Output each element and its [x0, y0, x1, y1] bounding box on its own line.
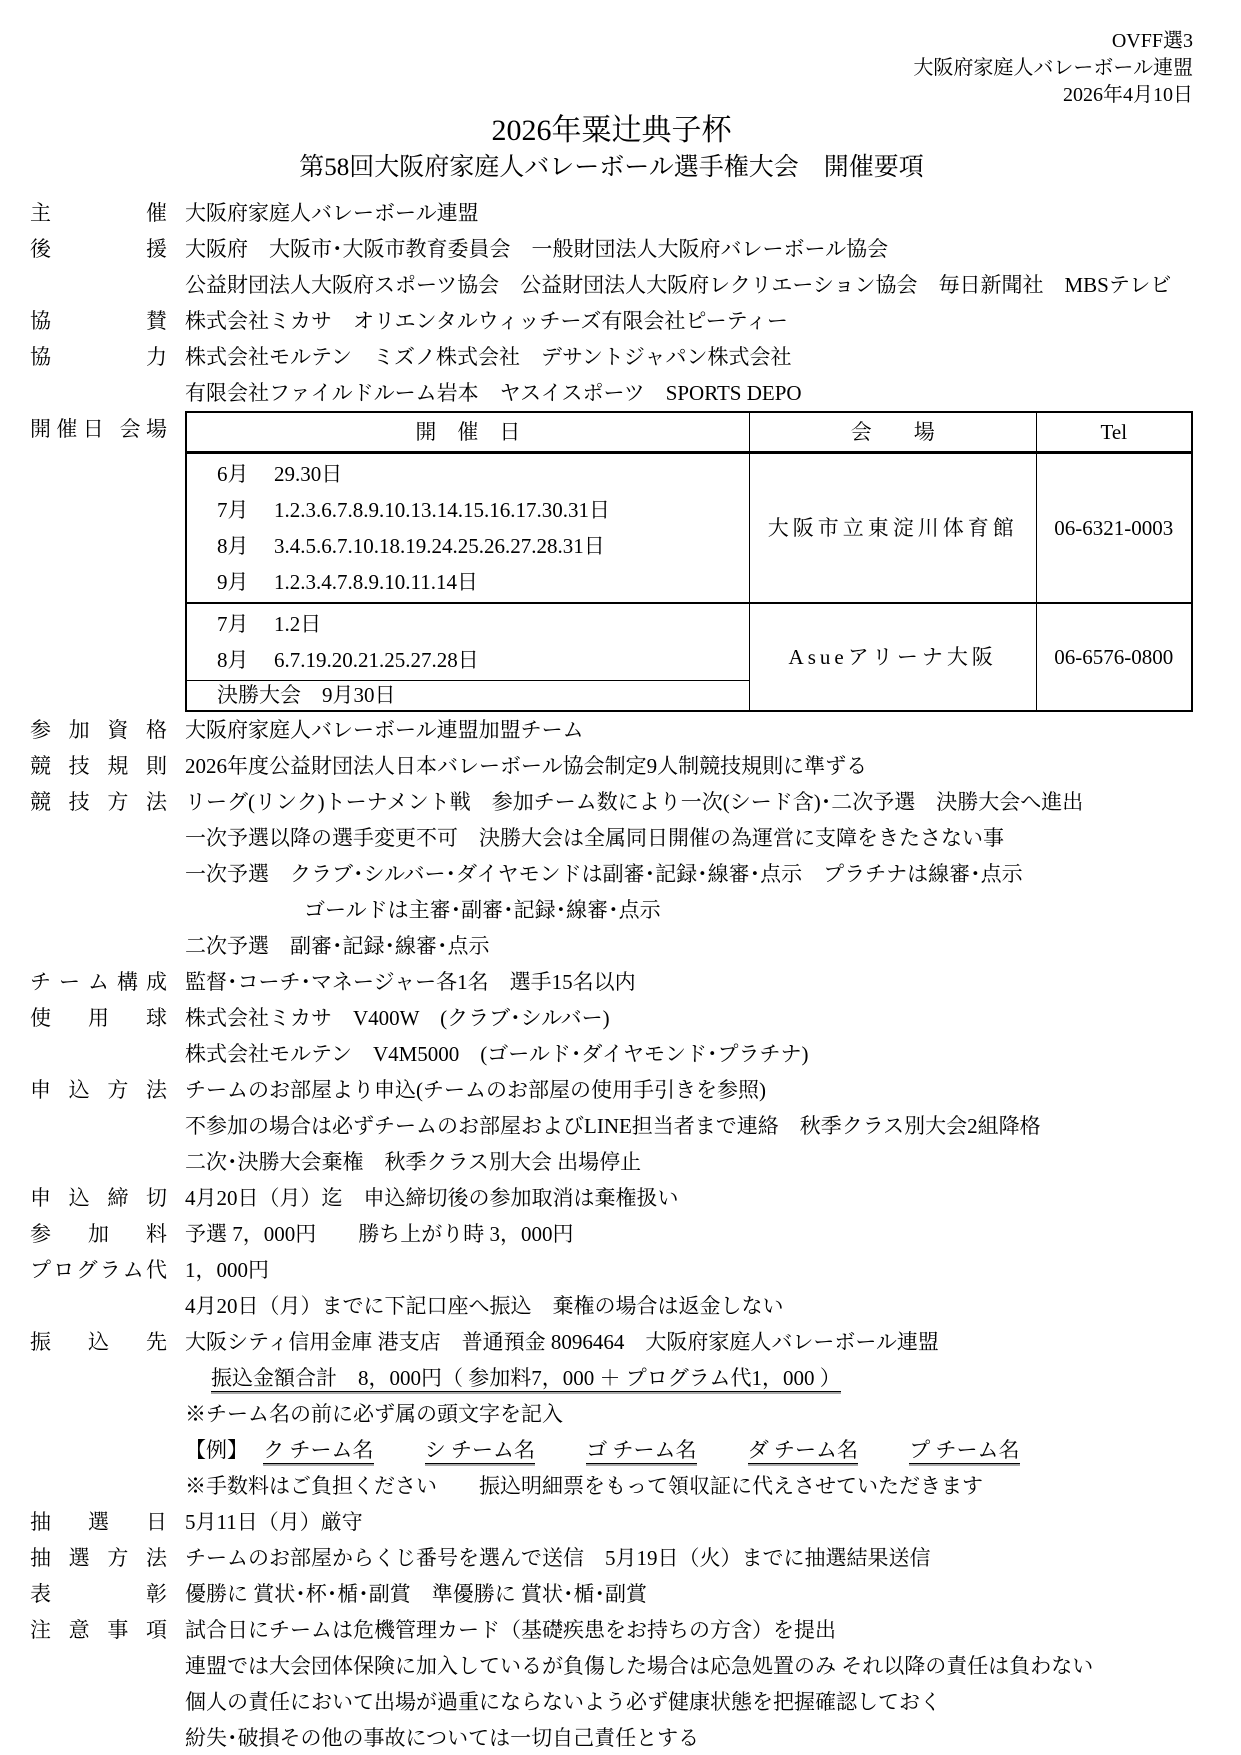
- row-label: [30, 267, 167, 303]
- row-label: 開催日 会場: [30, 411, 167, 712]
- date-line: 6月29.30日: [187, 456, 749, 492]
- date-line: 9月1.2.3.4.7.8.9.10.11.14日: [187, 564, 749, 600]
- row-label: 申 込 方 法: [30, 1072, 167, 1108]
- row-content: 不参加の場合は必ずチームのお部屋およびLINE担当者まで連絡 秋季クラス別大会2…: [185, 1108, 1193, 1144]
- row-content: 1，000円: [185, 1252, 1193, 1288]
- venue-cell: Asueアリーナ大阪: [749, 603, 1036, 711]
- month: 6月: [217, 456, 274, 492]
- row-chusen-hoho: 抽 選 方 法チームのお部屋からくじ番号を選んで送信 5月19日（火）までに抽選…: [30, 1540, 1193, 1576]
- row-label: 表 彰: [30, 1576, 167, 1612]
- row-label: [30, 1648, 167, 1684]
- dates-cell: 6月29.30日 7月1.2.3.6.7.8.9.10.13.14.15.16.…: [186, 453, 749, 604]
- row-koen-cont: 公益財団法人大阪府スポーツ協会 公益財団法人大阪府レクリエーション協会 毎日新聞…: [30, 267, 1193, 303]
- row-content: 株式会社ミカサ V400W (クラブ･シルバー): [185, 1000, 1193, 1036]
- row-content: チームのお部屋より申込(チームのお部屋の使用手引きを参照): [185, 1072, 1193, 1108]
- row-content: 予選 7，000円 勝ち上がり時 3，000円: [185, 1216, 1193, 1252]
- row-kyoryoku: 協 力株式会社モルテン ミズノ株式会社 デサントジャパン株式会社: [30, 339, 1193, 375]
- days: 29.30日: [274, 462, 342, 486]
- row-content: 優勝に 賞状･杯･楯･副賞 準優勝に 賞状･楯･副賞: [185, 1576, 1193, 1612]
- row-furikomi-note2: ※手数料はご負担ください 振込明細票をもって領収証に代えさせていただきます: [30, 1468, 1193, 1504]
- row-label: [30, 1396, 167, 1432]
- row-label: [30, 1288, 167, 1324]
- team-name-example: プ チーム名: [909, 1438, 1019, 1464]
- row-label: 協 賛: [30, 303, 167, 339]
- row-chui-jiko: 注 意 事 項試合日にチームは危機管理カード（基礎疾患をお持ちの方含）を提出: [30, 1612, 1193, 1648]
- row-kyoryoku-cont: 有限会社ファイルドルーム岩本 ヤスイスポーツ SPORTS DEPO: [30, 375, 1193, 411]
- date-line: 8月3.4.5.6.7.10.18.19.24.25.26.27.28.31日: [187, 528, 749, 564]
- row-label: 競 技 方 法: [30, 784, 167, 820]
- row-label: [30, 1036, 167, 1072]
- row-hyosho: 表 彰優勝に 賞状･杯･楯･副賞 準優勝に 賞状･楯･副賞: [30, 1576, 1193, 1612]
- row-content: 大阪府家庭人バレーボール連盟: [185, 195, 1193, 231]
- row-label: 抽 選 日: [30, 1504, 167, 1540]
- row-content: ゴールドは主審･副審･記録･線審･点示: [185, 892, 1193, 928]
- row-label: [30, 892, 167, 928]
- row-content: 大阪府 大阪市･大阪市教育委員会 一般財団法人大阪府バレーボール協会: [185, 231, 1193, 267]
- schedule-header-row: 開 催 日 会 場 Tel: [186, 412, 1192, 453]
- document-body: 主 催大阪府家庭人バレーボール連盟 後 援大阪府 大阪市･大阪市教育委員会 一般…: [30, 195, 1193, 1755]
- document-page: OVFF選3 大阪府家庭人バレーボール連盟 2026年4月10日 2026年粟辻…: [0, 0, 1241, 1755]
- row-label: 申 込 締 切: [30, 1180, 167, 1216]
- row-content: 一次予選以降の選手変更不可 決勝大会は全属同日開催の為運営に支障をきたさない事: [185, 820, 1193, 856]
- col-header-venue: 会 場: [749, 412, 1036, 453]
- row-content: 一次予選 クラブ･シルバー･ダイヤモンドは副審･記録･線審･点示 プラチナは線審…: [185, 856, 1193, 892]
- row-label: [30, 928, 167, 964]
- row-label: 使 用 球: [30, 1000, 167, 1036]
- row-label: [30, 1360, 167, 1396]
- row-label: 参 加 資 格: [30, 712, 167, 748]
- row-label: プログラム代: [30, 1252, 167, 1288]
- row-content: 大阪府家庭人バレーボール連盟加盟チーム: [185, 712, 1193, 748]
- row-schedule: 開催日 会場 開 催 日 会 場 Tel 6月29.30日 7月1.2.3.6.…: [30, 411, 1193, 712]
- team-name-example: ゴ チーム名: [586, 1438, 696, 1464]
- tel-cell: 06-6576-0800: [1036, 603, 1192, 711]
- row-label: [30, 1432, 167, 1468]
- row-content: 有限会社ファイルドルーム岩本 ヤスイスポーツ SPORTS DEPO: [185, 375, 1193, 411]
- team-name-example: ク チーム名: [263, 1438, 373, 1464]
- row-label: 抽 選 方 法: [30, 1540, 167, 1576]
- row-content: ※チーム名の前に必ず属の頭文字を記入: [185, 1396, 1193, 1432]
- row-moshikomi-cont1: 不参加の場合は必ずチームのお部屋およびLINE担当者まで連絡 秋季クラス別大会2…: [30, 1108, 1193, 1144]
- doc-date: 2026年4月10日: [30, 82, 1193, 109]
- row-kyogi-hoho-cont3: ゴールドは主審･副審･記録･線審･点示: [30, 892, 1193, 928]
- month: 8月: [217, 642, 274, 678]
- row-label: [30, 1720, 167, 1755]
- row-moshikomi-shimekiri: 申 込 締 切4月20日（月）迄 申込締切後の参加取消は棄権扱い: [30, 1180, 1193, 1216]
- row-content: 連盟では大会団体保険に加入しているが負傷した場合は応急処置のみ それ以降の責任は…: [185, 1648, 1193, 1684]
- row-furikomi-note1: ※チーム名の前に必ず属の頭文字を記入: [30, 1396, 1193, 1432]
- page-title: 2026年粟辻典子杯: [30, 111, 1193, 151]
- dates-cell: 7月1.2日 8月6.7.19.20.21.25.27.28日: [186, 603, 749, 681]
- row-content: 大阪シティ信用金庫 港支店 普通預金 8096464 大阪府家庭人バレーボール連…: [185, 1324, 1193, 1360]
- table-row: 6月29.30日 7月1.2.3.6.7.8.9.10.13.14.15.16.…: [186, 453, 1192, 604]
- row-label: [30, 856, 167, 892]
- col-header-date: 開 催 日: [186, 412, 749, 453]
- venue-cell: 大阪市立東淀川体育館: [749, 453, 1036, 604]
- org-name: 大阪府家庭人バレーボール連盟: [30, 55, 1193, 82]
- row-content: 振込金額合計 8，000円（ 参加料7，000 ＋ プログラム代1，000 ）: [185, 1360, 1193, 1396]
- row-content: 5月11日（月）厳守: [185, 1504, 1193, 1540]
- row-label: [30, 1108, 167, 1144]
- row-moshikomi-cont2: 二次･決勝大会棄権 秋季クラス別大会 出場停止: [30, 1144, 1193, 1180]
- days: 1.2.3.4.7.8.9.10.11.14日: [274, 570, 478, 594]
- table-row: 7月1.2日 8月6.7.19.20.21.25.27.28日 Asueアリーナ…: [186, 603, 1192, 681]
- date-line: 7月1.2日: [187, 606, 749, 642]
- days: 6.7.19.20.21.25.27.28日: [274, 648, 479, 672]
- transfer-total-line: 振込金額合計 8，000円（ 参加料7，000 ＋ プログラム代1，000 ）: [211, 1366, 841, 1392]
- row-label: 後 援: [30, 231, 167, 267]
- date-line: 8月6.7.19.20.21.25.27.28日: [187, 642, 749, 678]
- row-content: 2026年度公益財団法人日本バレーボール協会制定9人制競技規則に準ずる: [185, 748, 1193, 784]
- row-shiyo-kyu: 使 用 球株式会社ミカサ V400W (クラブ･シルバー): [30, 1000, 1193, 1036]
- row-content: 【例】 ク チーム名 シ チーム名 ゴ チーム名 ダ チーム名 プ チーム名: [185, 1432, 1193, 1468]
- row-content: リーグ(リンク)トーナメント戦 参加チーム数により一次(シード含)･二次予選 決…: [185, 784, 1193, 820]
- row-program-dai: プログラム代1，000円: [30, 1252, 1193, 1288]
- tel-cell: 06-6321-0003: [1036, 453, 1192, 604]
- row-team-kosei: チーム構成監督･コーチ･マネージャー各1名 選手15名以内: [30, 964, 1193, 1000]
- row-shiyo-kyu-cont: 株式会社モルテン V4M5000 (ゴールド･ダイヤモンド･プラチナ): [30, 1036, 1193, 1072]
- document-header: OVFF選3 大阪府家庭人バレーボール連盟 2026年4月10日: [30, 28, 1193, 109]
- row-chui-cont3: 紛失･破損その他の事故については一切自己責任とする: [30, 1720, 1193, 1755]
- row-kyogi-hoho-cont4: 二次予選 副審･記録･線審･点示: [30, 928, 1193, 964]
- row-kyogi-kisoku: 競 技 規 則2026年度公益財団法人日本バレーボール協会制定9人制競技規則に準…: [30, 748, 1193, 784]
- row-label: [30, 1684, 167, 1720]
- row-content: ※手数料はご負担ください 振込明細票をもって領収証に代えさせていただきます: [185, 1468, 1193, 1504]
- row-label: 主 催: [30, 195, 167, 231]
- row-label: [30, 820, 167, 856]
- month: 7月: [217, 492, 274, 528]
- days: 3.4.5.6.7.10.18.19.24.25.26.27.28.31日: [274, 534, 605, 558]
- row-content: 株式会社ミカサ オリエンタルウィッチーズ有限会社ピーティー: [185, 303, 1193, 339]
- row-label: 協 力: [30, 339, 167, 375]
- row-label: [30, 1468, 167, 1504]
- row-label: 注 意 事 項: [30, 1612, 167, 1648]
- row-kyogi-hoho-cont1: 一次予選以降の選手変更不可 決勝大会は全属同日開催の為運営に支障をきたさない事: [30, 820, 1193, 856]
- row-label: チーム構成: [30, 964, 167, 1000]
- row-label: 振 込 先: [30, 1324, 167, 1360]
- team-name-example: ダ チーム名: [748, 1438, 858, 1464]
- row-kyogi-hoho-cont2: 一次予選 クラブ･シルバー･ダイヤモンドは副審･記録･線審･点示 プラチナは線審…: [30, 856, 1193, 892]
- row-chui-cont1: 連盟では大会団体保険に加入しているが負傷した場合は応急処置のみ それ以降の責任は…: [30, 1648, 1193, 1684]
- row-label: 競 技 規 則: [30, 748, 167, 784]
- row-label: 参 加 料: [30, 1216, 167, 1252]
- row-content: 個人の責任において出場が過重にならないよう必ず健康状態を把握確認しておく: [185, 1684, 1193, 1720]
- row-content: 4月20日（月）迄 申込締切後の参加取消は棄権扱い: [185, 1180, 1193, 1216]
- row-sanka-ryo: 参 加 料予選 7，000円 勝ち上がり時 3，000円: [30, 1216, 1193, 1252]
- row-chusen-bi: 抽 選 日5月11日（月）厳守: [30, 1504, 1193, 1540]
- doc-code: OVFF選3: [30, 28, 1193, 55]
- row-content: 株式会社モルテン ミズノ株式会社 デサントジャパン株式会社: [185, 339, 1193, 375]
- row-content: 公益財団法人大阪府スポーツ協会 公益財団法人大阪府レクリエーション協会 毎日新聞…: [185, 267, 1193, 303]
- month: 7月: [217, 606, 274, 642]
- row-kyosan: 協 賛株式会社ミカサ オリエンタルウィッチーズ有限会社ピーティー: [30, 303, 1193, 339]
- row-content: 4月20日（月）までに下記口座へ振込 棄権の場合は返金しない: [185, 1288, 1193, 1324]
- page-subtitle: 第58回大阪府家庭人バレーボール選手権大会 開催要項: [30, 151, 1193, 185]
- row-program-cont: 4月20日（月）までに下記口座へ振込 棄権の場合は返金しない: [30, 1288, 1193, 1324]
- days: 1.2日: [274, 612, 321, 636]
- row-label: [30, 375, 167, 411]
- row-furikomi-total: 振込金額合計 8，000円（ 参加料7，000 ＋ プログラム代1，000 ）: [30, 1360, 1193, 1396]
- row-label: [30, 1144, 167, 1180]
- row-content: 株式会社モルテン V4M5000 (ゴールド･ダイヤモンド･プラチナ): [185, 1036, 1193, 1072]
- row-sanka-shikaku: 参 加 資 格大阪府家庭人バレーボール連盟加盟チーム: [30, 712, 1193, 748]
- row-chui-cont2: 個人の責任において出場が過重にならないよう必ず健康状態を把握確認しておく: [30, 1684, 1193, 1720]
- month: 8月: [217, 528, 274, 564]
- col-header-tel: Tel: [1036, 412, 1192, 453]
- row-furikomi-saki: 振 込 先大阪シティ信用金庫 港支店 普通預金 8096464 大阪府家庭人バレ…: [30, 1324, 1193, 1360]
- row-content: 試合日にチームは危機管理カード（基礎疾患をお持ちの方含）を提出: [185, 1612, 1193, 1648]
- date-line: 7月1.2.3.6.7.8.9.10.13.14.15.16.17.30.31日: [187, 492, 749, 528]
- row-content: 二次･決勝大会棄権 秋季クラス別大会 出場停止: [185, 1144, 1193, 1180]
- row-shusai: 主 催大阪府家庭人バレーボール連盟: [30, 195, 1193, 231]
- row-furikomi-examples: 【例】 ク チーム名 シ チーム名 ゴ チーム名 ダ チーム名 プ チーム名: [30, 1432, 1193, 1468]
- days: 1.2.3.6.7.8.9.10.13.14.15.16.17.30.31日: [274, 498, 610, 522]
- row-content: 開 催 日 会 場 Tel 6月29.30日 7月1.2.3.6.7.8.9.1…: [185, 411, 1193, 712]
- schedule-table: 開 催 日 会 場 Tel 6月29.30日 7月1.2.3.6.7.8.9.1…: [185, 411, 1193, 712]
- row-kyogi-hoho: 競 技 方 法リーグ(リンク)トーナメント戦 参加チーム数により一次(シード含)…: [30, 784, 1193, 820]
- row-moshikomi-hoho: 申 込 方 法チームのお部屋より申込(チームのお部屋の使用手引きを参照): [30, 1072, 1193, 1108]
- row-content: 監督･コーチ･マネージャー各1名 選手15名以内: [185, 964, 1193, 1000]
- row-content: チームのお部屋からくじ番号を選んで送信 5月19日（火）までに抽選結果送信: [185, 1540, 1193, 1576]
- example-prefix: 【例】: [185, 1438, 248, 1462]
- row-content: 紛失･破損その他の事故については一切自己責任とする: [185, 1720, 1193, 1755]
- row-content: 二次予選 副審･記録･線審･点示: [185, 928, 1193, 964]
- row-koen: 後 援大阪府 大阪市･大阪市教育委員会 一般財団法人大阪府バレーボール協会: [30, 231, 1193, 267]
- final-tournament-cell: 決勝大会 9月30日: [186, 681, 749, 712]
- month: 9月: [217, 564, 274, 600]
- team-name-example: シ チーム名: [425, 1438, 535, 1464]
